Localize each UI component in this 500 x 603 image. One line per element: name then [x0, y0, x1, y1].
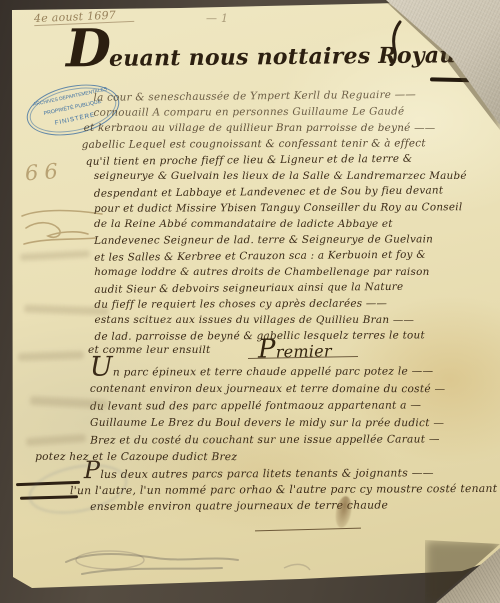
- manuscript-line: Guillaume Le Brez du Boul devers le midy…: [90, 415, 445, 432]
- first-parcel-paragraph: Un parc épineux et terre chaude appellé …: [90, 363, 446, 466]
- manuscript-photo: 4e aoust 1697 — 1 Deuant nous nottaires …: [0, 0, 500, 603]
- manuscript-line: Un parc épineux et terre chaude appellé …: [90, 363, 446, 381]
- manuscript-line: du fieff le requiert les choses cy après…: [94, 295, 467, 313]
- manuscript-line: seigneurye & Guelvain les lieux de la Sa…: [94, 168, 467, 184]
- pen-flourish: [386, 20, 408, 66]
- manuscript-line: l'un l'autre, l'un nommé parc orhao & l'…: [70, 481, 497, 499]
- manuscript-line: de la Reine Abbé commandataire de ladict…: [94, 216, 467, 232]
- manuscript-line: cornouaill A comparu en personnes Guilla…: [94, 103, 467, 121]
- margin-folio-number: 66: [24, 159, 64, 186]
- section-heading-premier: Premier: [258, 333, 332, 364]
- manuscript-line: estans scituez aux issues du villages de…: [94, 312, 467, 328]
- manuscript-line: pour et dudict Missire Ybisen Tanguy Con…: [94, 199, 467, 217]
- pencil-scribble: [52, 540, 312, 588]
- manuscript-line: et les Salles & Kerbree et Crauzon sca :…: [94, 246, 467, 266]
- manuscript-line: homage loddre & autres droits de Chambel…: [94, 264, 467, 280]
- manuscript-body-block: la cour & seneschaussée de Ympert Kerll …: [93, 87, 467, 345]
- manuscript-line: ensemble environ quatre journeaux de ter…: [90, 497, 497, 515]
- manuscript-line: Brez et du costé du couchant sur une iss…: [90, 431, 446, 449]
- manuscript-line: qu'il tient en proche fieff ce lieu & Li…: [86, 150, 467, 170]
- manuscript-line: contenant environ deux journeaux et terr…: [90, 381, 445, 398]
- second-parcel-paragraph: Plus deux autres parcs parca litets tena…: [84, 465, 498, 515]
- page-mark: — 1: [206, 12, 228, 25]
- manuscript-line: et kerbraou au village de quillieur Bran…: [84, 120, 467, 136]
- manuscript-line: du levant sud des parc appellé fontmaouz…: [90, 397, 446, 415]
